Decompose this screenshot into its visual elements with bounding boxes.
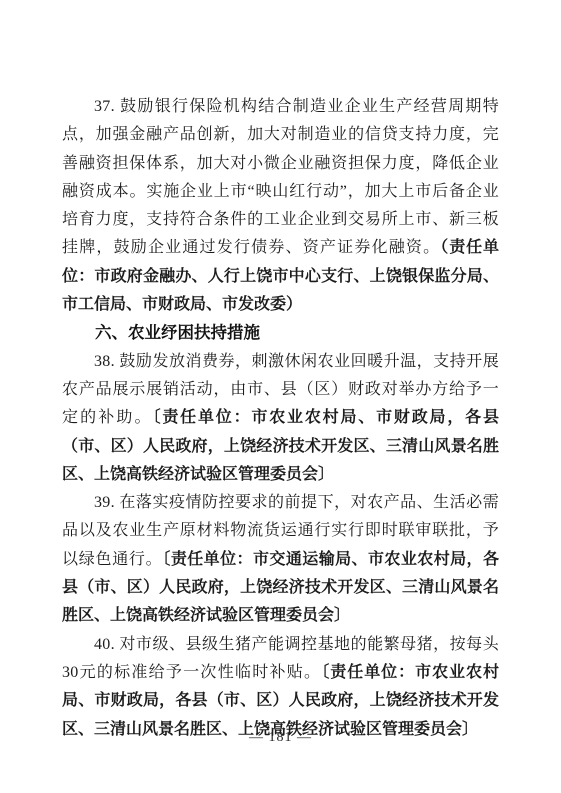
document-page: 37. 鼓励银行保险机构结合制造业企业生产经营周期特点，加强金融产品创新，加大对… xyxy=(62,93,499,744)
paragraph-37: 37. 鼓励银行保险机构结合制造业企业生产经营周期特点，加强金融产品创新，加大对… xyxy=(62,93,499,319)
paragraph-39: 39. 在落实疫情防控要求的前提下，对农产品、生活必需品以及农业生产原材料物流货… xyxy=(62,489,499,630)
page-number: — 181 — xyxy=(0,730,561,746)
paragraph-38: 38. 鼓励发放消费券，刺激休闲农业回暖升温，支持开展农产品展示展销活动，由市、… xyxy=(62,348,499,489)
paragraph-40: 40. 对市级、县级生猪产能调控基地的能繁母猪，按每头30元的标准给予一次性临时… xyxy=(62,631,499,744)
paragraph-37-text: 37. 鼓励银行保险机构结合制造业企业生产经营周期特点，加强金融产品创新，加大对… xyxy=(62,98,499,256)
section-heading: 六、农业纾困扶持措施 xyxy=(62,319,499,347)
